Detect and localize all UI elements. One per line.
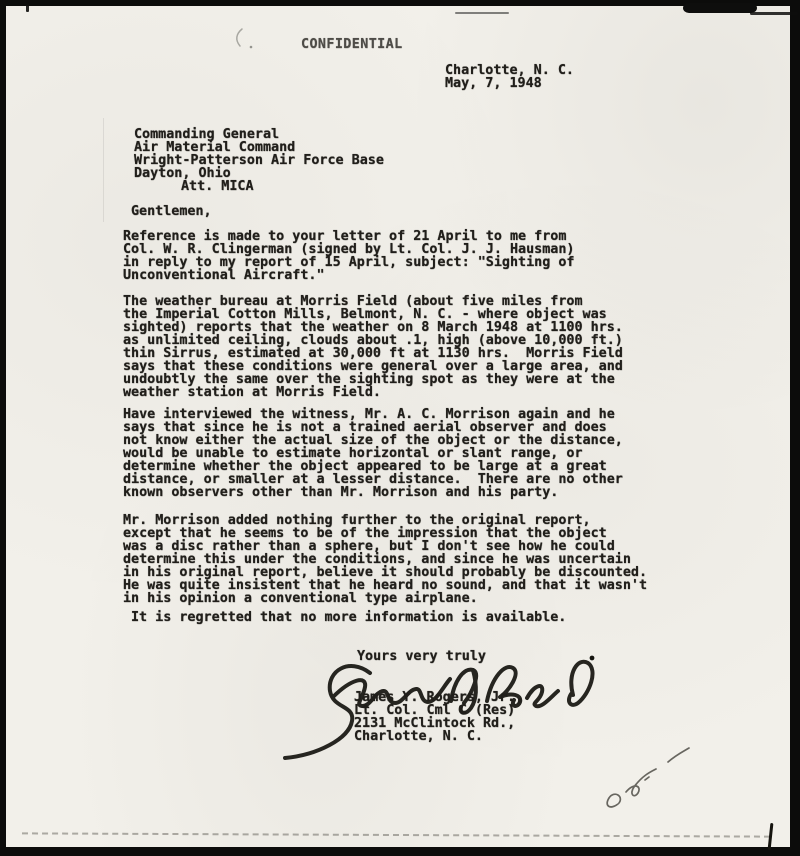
signer-block: James Y. Rogers, Jr., Lt. Col. Cml C (Re… [354,691,523,743]
attention-line: Att. MICA [181,180,254,193]
scan-edge-bottom [0,847,800,856]
ink-dash-top-right [750,12,798,15]
salutation: Gentlemen, [131,205,212,218]
crease-line-left [103,118,104,222]
pen-stroke-bottom-right [768,823,774,850]
body-paragraph-4: Mr. Morrison added nothing further to th… [123,514,647,605]
tick-mark-top-left [26,4,29,12]
date-line: May, 7, 1948 [445,77,542,90]
classification-stamp: CONFIDENTIAL [301,38,403,51]
recipient-address: Commanding General Air Material Command … [134,128,384,180]
scan-edge-top [0,0,800,6]
handwritten-scribble [588,742,728,817]
body-paragraph-5: It is regretted that no more information… [131,611,566,624]
scan-edge-right [790,0,800,856]
body-paragraph-1: Reference is made to your letter of 21 A… [123,230,574,282]
scan-edge-left [0,0,6,856]
body-paragraph-3: Have interviewed the witness, Mr. A. C. … [123,408,623,499]
pen-check-mark [232,26,258,52]
body-paragraph-2: The weather bureau at Morris Field (abou… [123,295,623,399]
scanned-letter-page: { "document": { "classification": "CONFI… [0,0,800,856]
ink-blob-top-right [683,3,757,13]
crease-line-bottom [22,832,770,837]
ink-dash-top-center [455,12,509,14]
